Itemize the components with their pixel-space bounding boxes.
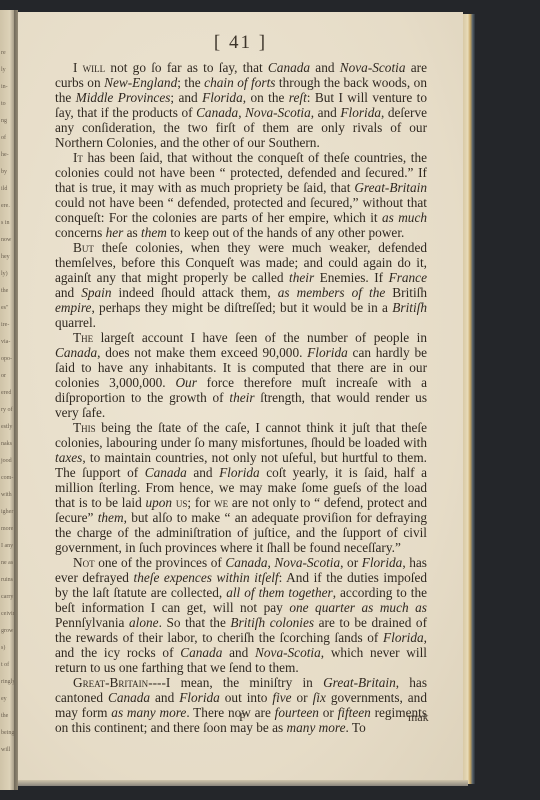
italic-run: them — [98, 510, 124, 525]
text-run: . There now are — [186, 705, 274, 720]
text-run: . So that the — [159, 615, 231, 630]
text-run: concerns — [55, 225, 106, 240]
text-run: Britiſh — [385, 285, 427, 300]
paragraph: But theſe colonies, when they were much … — [55, 240, 427, 330]
italic-run: as much — [382, 210, 427, 225]
italic-run: all of them together — [226, 585, 333, 600]
facing-page-edge: relyin-tongofhe-byildere.s innowheyly)th… — [0, 10, 14, 790]
facing-page-fragment: the — [1, 288, 8, 294]
text-run: , on the — [243, 90, 289, 105]
italic-run: New-England — [104, 75, 177, 90]
italic-run: taxes — [55, 450, 82, 465]
italic-run: their — [289, 270, 314, 285]
text-run: being the ſtate of the caſe, I cannot th… — [55, 420, 427, 450]
page-fore-edge — [463, 14, 475, 784]
text-run: and — [310, 60, 340, 75]
italic-run: France — [389, 270, 427, 285]
italic-run: them — [141, 225, 167, 240]
page-bottom-edge — [18, 780, 468, 786]
italic-run: Great-Britain — [323, 675, 396, 690]
facing-page-fragment: jood — [1, 458, 12, 464]
italic-run: their — [229, 390, 254, 405]
italic-run: ſix — [313, 690, 326, 705]
small-caps-run: us — [176, 495, 188, 510]
italic-run: Florida — [307, 345, 348, 360]
catchword: mak — [408, 710, 429, 725]
facing-page-fragment: via- — [1, 339, 10, 345]
text-run: , does not make them exceed 90,000. — [97, 345, 307, 360]
small-caps-run: Not — [73, 555, 95, 570]
paragraph: Not one of the provinces of Canada, Nova… — [55, 555, 427, 675]
facing-page-fragment: ng — [1, 118, 7, 124]
facing-page-fragment: with — [1, 492, 12, 498]
text-run: ----I mean, the miniſtry in — [148, 675, 323, 690]
italic-run: Canada — [180, 645, 222, 660]
facing-page-fragment: ly) — [1, 271, 8, 277]
italic-run: Britiſh colonies — [230, 615, 314, 630]
facing-page-fragment: s in — [1, 220, 10, 226]
facing-page-fragment: now — [1, 237, 11, 243]
facing-page-fragment: to — [1, 101, 6, 107]
facing-page-fragment: re — [1, 50, 6, 56]
text-run: not go ſo far as to ſay, that — [105, 60, 268, 75]
italic-run: Canada — [196, 105, 238, 120]
book-page: [ 41 ] I will not go ſo far as to ſay, t… — [18, 12, 463, 784]
italic-run: Florida — [362, 555, 403, 570]
facing-page-fragment: ey — [1, 696, 7, 702]
italic-run: Florida — [383, 630, 424, 645]
text-run: or — [292, 690, 313, 705]
text-run: and — [150, 690, 179, 705]
facing-page-fragment: estly — [1, 424, 12, 430]
facing-page-fragment: will — [1, 747, 10, 753]
small-caps-run: Great-Britain — [73, 675, 148, 690]
text-run: and — [55, 285, 81, 300]
facing-page-fragment: being — [1, 730, 14, 736]
facing-page-fragment: grow — [1, 628, 13, 634]
small-caps-run: This — [73, 420, 96, 435]
paragraph: This being the ſtate of the caſe, I cann… — [55, 420, 427, 555]
facing-page-fragment: hey — [1, 254, 10, 260]
text-run: Enemies. If — [314, 270, 388, 285]
facing-page-fragment: igher — [1, 509, 13, 515]
italic-run: Canada — [268, 60, 310, 75]
text-run: . To — [346, 720, 366, 735]
italic-run: empire — [55, 300, 91, 315]
facing-page-fragment: the — [1, 713, 8, 719]
text-run: or — [319, 705, 338, 720]
facing-page-fragment: ered — [1, 390, 11, 396]
paragraph: Great-Britain----I mean, the miniſtry in… — [55, 675, 427, 735]
italic-run: Spain — [81, 285, 111, 300]
facing-page-fragment: he- — [1, 152, 9, 158]
text-run: indeed ſhould attack them, — [112, 285, 278, 300]
facing-page-fragment: ry of — [1, 407, 13, 413]
italic-run: Britiſh — [392, 300, 427, 315]
italic-run: Middle Provinces — [76, 90, 171, 105]
text-run: as — [123, 225, 141, 240]
italic-run: theſe expences within itſelf — [134, 570, 279, 585]
text-run: ; and — [170, 90, 202, 105]
text-run: could not have been “ defended, protecte… — [55, 195, 427, 225]
text-run: Pennſylvania — [55, 615, 129, 630]
paragraph: It has been ſaid, that without the conqu… — [55, 150, 427, 240]
facing-page-fragment: ne as — [1, 560, 13, 566]
facing-page-fragment: ild — [1, 186, 7, 192]
small-caps-run: But — [73, 240, 94, 255]
facing-page-fragment: t of — [1, 662, 9, 668]
text-run: , and — [311, 105, 341, 120]
italic-run: Great-Britain — [354, 180, 427, 195]
italic-run: Canada — [108, 690, 150, 705]
facing-page-fragment: ere. — [1, 203, 10, 209]
italic-run: her — [106, 225, 124, 240]
small-caps-run: The — [73, 330, 93, 345]
italic-run: Canada — [55, 345, 97, 360]
paragraph: I will not go ſo far as to ſay, that Can… — [55, 60, 427, 150]
text-run: and — [187, 465, 219, 480]
italic-run: Our — [175, 375, 196, 390]
italic-run: Florida — [340, 105, 381, 120]
italic-run: many more — [287, 720, 346, 735]
italic-run: Nova-Scotia — [255, 645, 321, 660]
text-run: out into — [220, 690, 273, 705]
facing-page-fragment: es" — [1, 305, 8, 311]
text-run: quarrel. — [55, 315, 96, 330]
facing-page-fragment: ruins — [1, 577, 13, 583]
facing-page-fragment: or — [1, 373, 6, 379]
italic-run: Canada — [145, 465, 187, 480]
italic-run: Nova-Scotia — [274, 555, 340, 570]
facing-page-fragment: com- — [1, 475, 13, 481]
small-caps-run: we — [214, 495, 228, 510]
text-run: ; for — [187, 495, 214, 510]
facing-page-fragment: opo- — [1, 356, 12, 362]
facing-page-fragment: carry — [1, 594, 13, 600]
italic-run: Nova-Scotia — [245, 105, 311, 120]
italic-run: alone — [129, 615, 159, 630]
text-run: ; the — [177, 75, 204, 90]
italic-run: reſt — [289, 90, 307, 105]
text-run: to keep out of the hands of any other po… — [167, 225, 404, 240]
paragraph: The largeſt account I have ſeen of the n… — [55, 330, 427, 420]
facing-page-fragment: ly — [1, 67, 6, 73]
body-text: I will not go ſo far as to ſay, that Can… — [55, 60, 427, 735]
italic-run: five — [272, 690, 291, 705]
italic-run: Florida — [179, 690, 220, 705]
italic-run: as members of the — [278, 285, 386, 300]
italic-run: upon — [145, 495, 172, 510]
facing-page-fragment: of — [1, 135, 6, 141]
italic-run: one quarter as much as — [289, 600, 427, 615]
text-run: one of the provinces of — [95, 555, 226, 570]
printer-signature-mark: F — [239, 710, 246, 725]
text-run: , or — [340, 555, 362, 570]
italic-run: fourteen — [275, 705, 319, 720]
facing-page-fragment: more — [1, 526, 13, 532]
italic-run: as many more — [111, 705, 186, 720]
italic-run: chain of forts — [204, 75, 275, 90]
italic-run: Nova-Scotia — [340, 60, 406, 75]
italic-run: fifteen — [338, 705, 371, 720]
italic-run: Canada — [225, 555, 267, 570]
facing-page-fragment: by — [1, 169, 7, 175]
facing-page-fragment: in- — [1, 84, 8, 90]
facing-page-fragment: I any — [1, 543, 13, 549]
page-number: [ 41 ] — [18, 32, 463, 54]
text-run: and — [222, 645, 255, 660]
text-run: , perhaps they might be diſtreſſed; but … — [91, 300, 392, 315]
text-run: largeſt account I have ſeen of the numbe… — [93, 330, 427, 345]
small-caps-run: I will — [73, 60, 105, 75]
small-caps-run: It — [73, 150, 83, 165]
italic-run: Florida — [219, 465, 260, 480]
facing-page-fragment: naks — [1, 441, 12, 447]
facing-page-fragment: ire- — [1, 322, 9, 328]
italic-run: Florida — [202, 90, 243, 105]
facing-page-fragment: s) — [1, 645, 5, 651]
